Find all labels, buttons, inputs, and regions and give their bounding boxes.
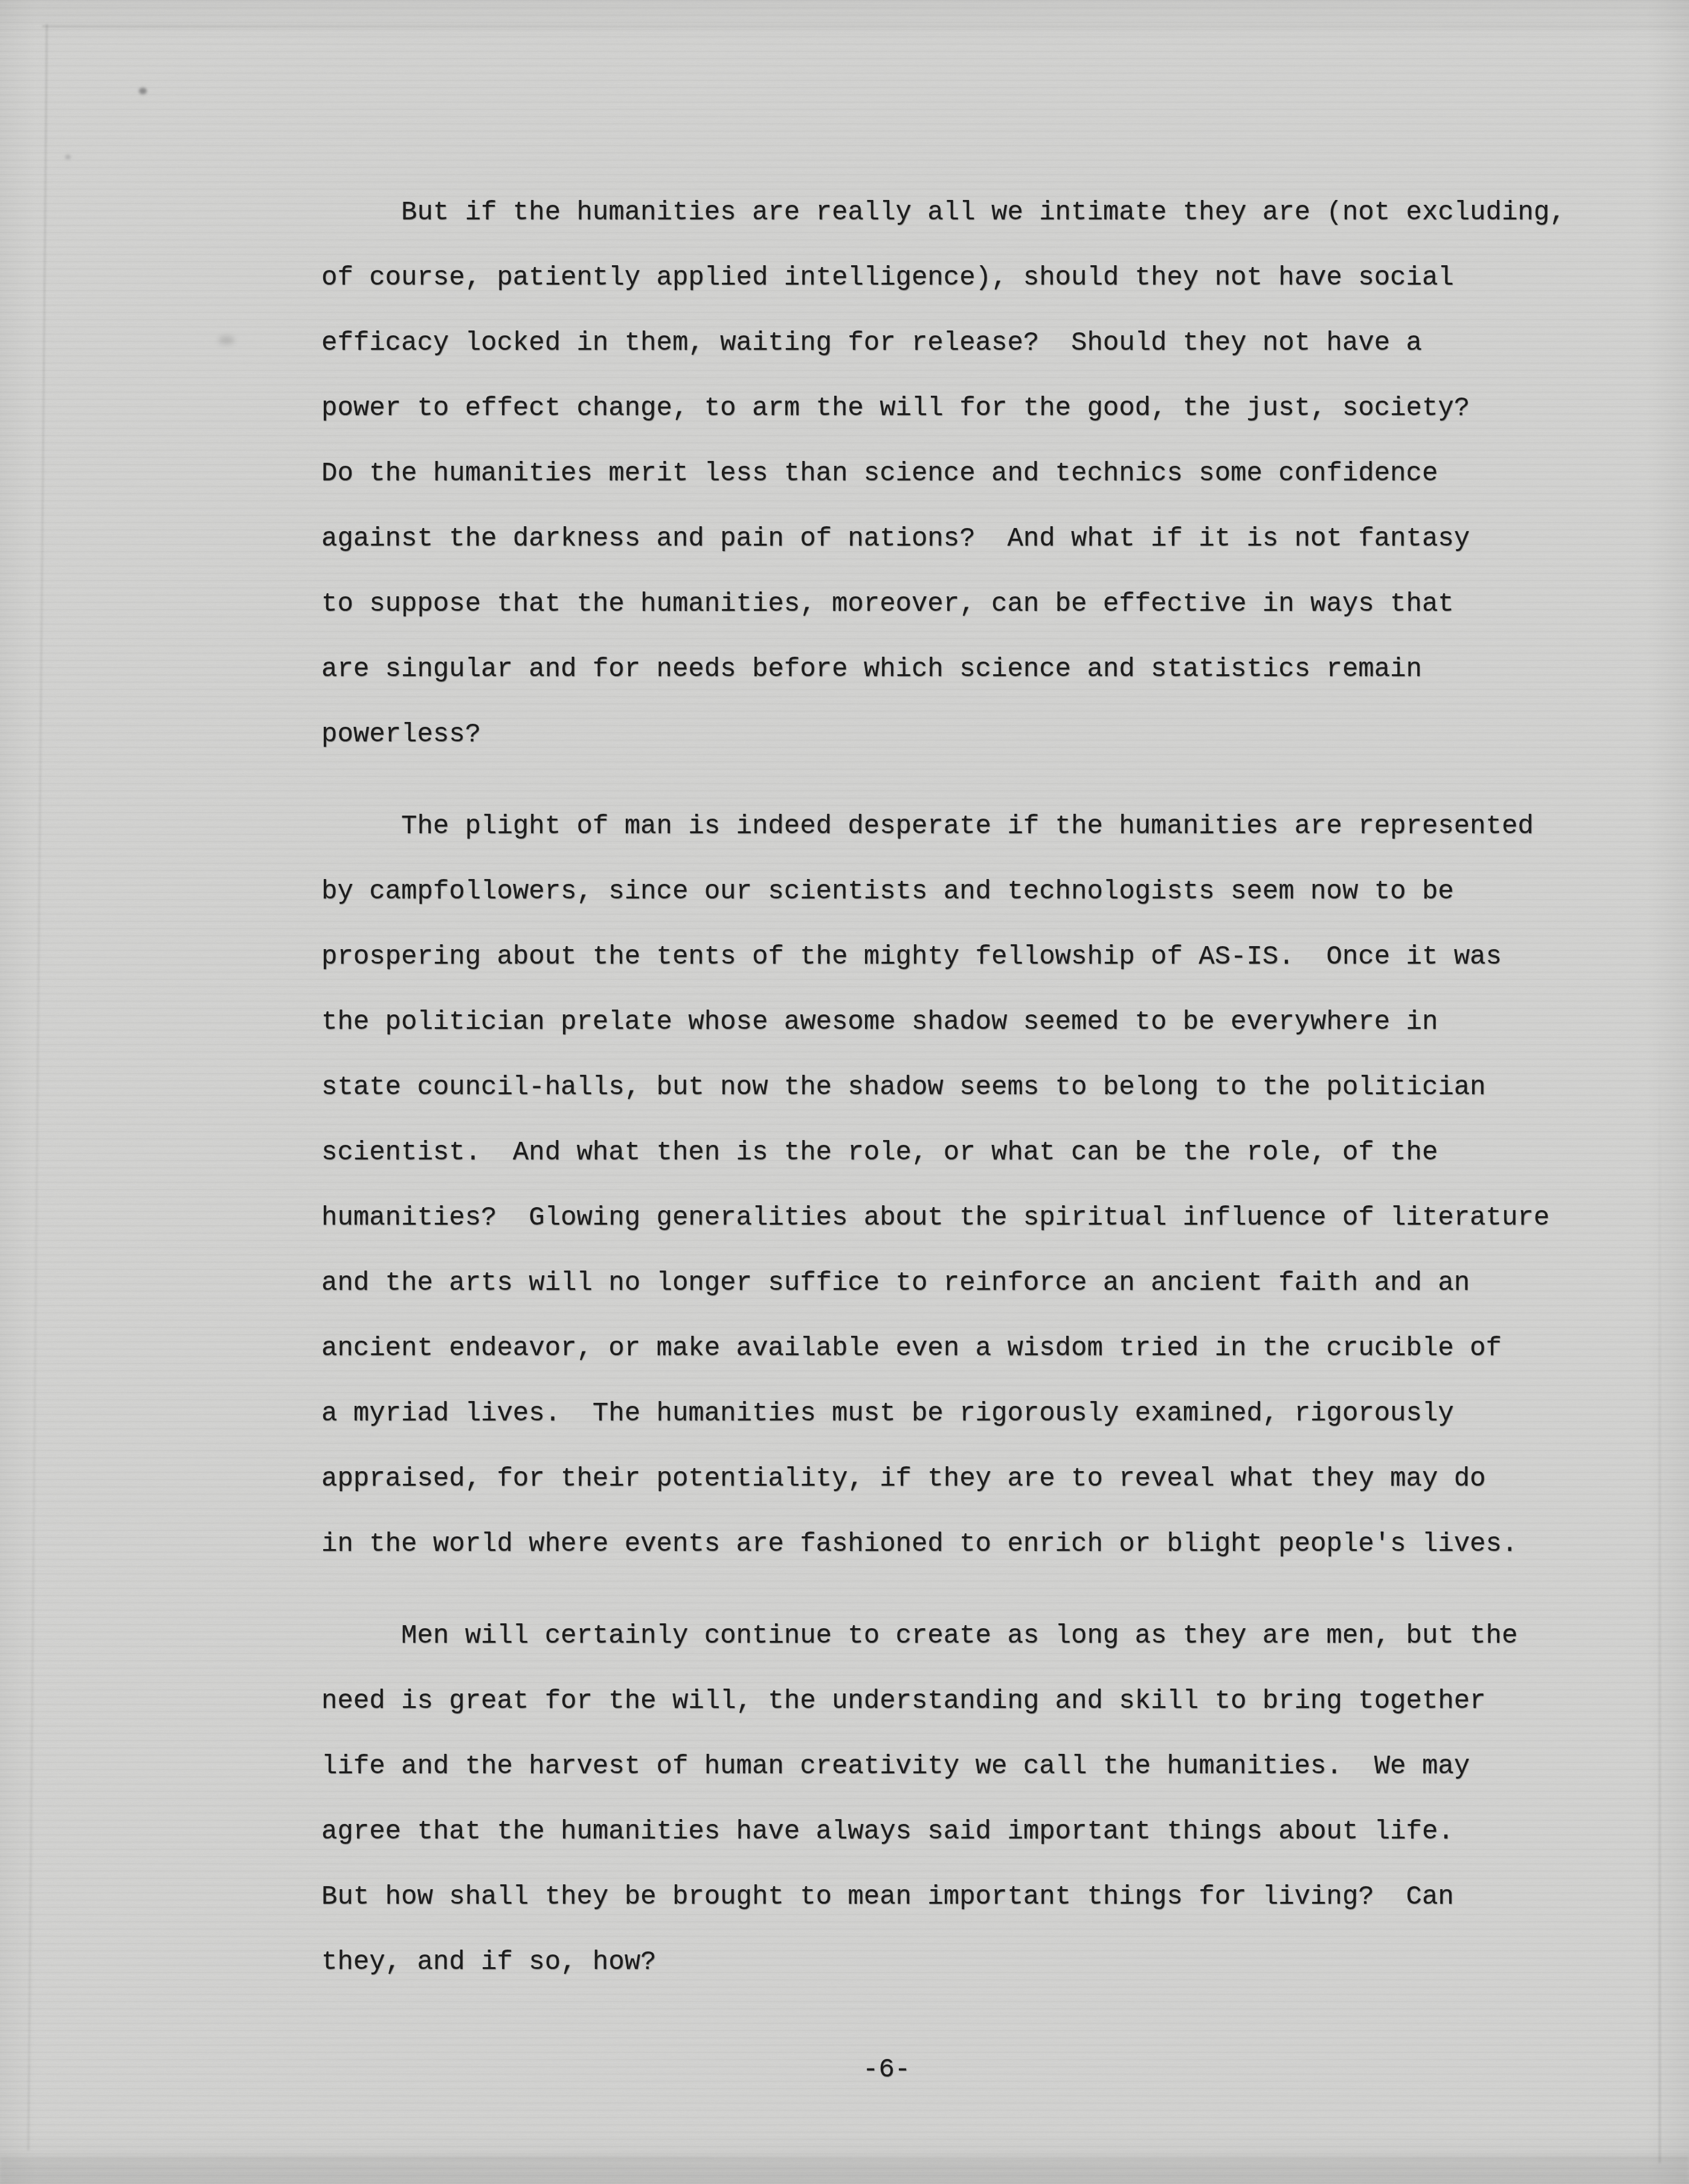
scanned-page: But if the humanities are really all we …: [0, 0, 1689, 2184]
text-line: of course, patiently applied intelligenc…: [321, 245, 1566, 311]
paper-smudge: [219, 336, 234, 344]
text-line: are singular and for needs before which …: [321, 637, 1566, 702]
sheet-edge-line-top: [42, 25, 1689, 27]
sheet-edge-line-right: [1659, 1027, 1661, 2163]
paragraph: But if the humanities are really all we …: [321, 180, 1566, 767]
text-line: efficacy locked in them, waiting for rel…: [321, 311, 1566, 376]
bottom-scan-shadow: [0, 2160, 1689, 2184]
text-line: ancient endeavor, or make available even…: [321, 1316, 1566, 1381]
text-line: they, and if so, how?: [321, 1930, 1566, 1995]
text-line: against the darkness and pain of nations…: [321, 506, 1566, 572]
text-line: Do the humanities merit less than scienc…: [321, 441, 1566, 506]
text-line: life and the harvest of human creativity…: [321, 1734, 1566, 1799]
page-number: -6-: [863, 2037, 910, 2102]
text-line: to suppose that the humanities, moreover…: [321, 572, 1566, 637]
text-block: But if the humanities are really all we …: [321, 180, 1566, 2021]
text-line: in the world where events are fashioned …: [321, 1512, 1566, 1577]
text-line: the politician prelate whose awesome sha…: [321, 990, 1566, 1055]
text-line: powerless?: [321, 702, 1566, 767]
text-line: The plight of man is indeed desperate if…: [321, 794, 1566, 859]
text-line: Men will certainly continue to create as…: [321, 1603, 1566, 1669]
paragraph: The plight of man is indeed desperate if…: [321, 794, 1566, 1577]
sheet-edge-line-left: [27, 24, 48, 2151]
text-line: a myriad lives. The humanities must be r…: [321, 1381, 1566, 1446]
ink-speck: [65, 155, 71, 159]
ink-speck: [139, 88, 147, 94]
text-line: appraised, for their potentiality, if th…: [321, 1446, 1566, 1512]
text-line: humanities? Glowing generalities about t…: [321, 1185, 1566, 1251]
text-line: scientist. And what then is the role, or…: [321, 1120, 1566, 1185]
text-line: by campfollowers, since our scientists a…: [321, 859, 1566, 924]
text-line: agree that the humanities have always sa…: [321, 1799, 1566, 1864]
text-line: need is great for the will, the understa…: [321, 1669, 1566, 1734]
text-line: But if the humanities are really all we …: [321, 180, 1566, 245]
sheet-edge-line-bottom: [0, 2157, 1689, 2159]
text-line: and the arts will no longer suffice to r…: [321, 1251, 1566, 1316]
text-line: power to effect change, to arm the will …: [321, 376, 1566, 441]
text-line: state council-halls, but now the shadow …: [321, 1055, 1566, 1120]
text-line: prospering about the tents of the mighty…: [321, 924, 1566, 990]
paragraph: Men will certainly continue to create as…: [321, 1603, 1566, 1995]
text-line: But how shall they be brought to mean im…: [321, 1864, 1566, 1930]
